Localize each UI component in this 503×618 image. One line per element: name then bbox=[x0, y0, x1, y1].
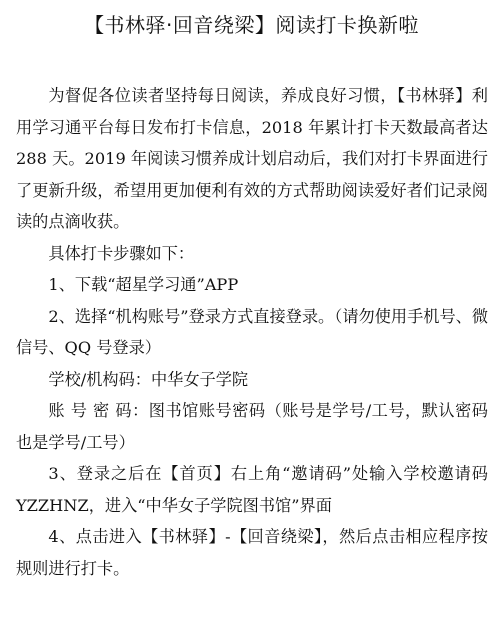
step-4: 4、点击进入【书林驿】-【回音绕梁】，然后点击相应程序按规则进行打卡。 bbox=[16, 521, 488, 584]
step-3: 3、登录之后在【首页】右上角“邀请码”处输入学校邀请码 YZZHNZ，进入“中华… bbox=[16, 458, 488, 521]
step-1: 1、下载“超星学习通”APP bbox=[16, 269, 488, 301]
document-title: 【书林驿·回音绕梁】阅读打卡换新啦 bbox=[0, 8, 503, 42]
intro-paragraph: 为督促各位读者坚持每日阅读，养成良好习惯，【书林驿】利用学习通平台每日发布打卡信… bbox=[16, 80, 488, 238]
document-body: 为督促各位读者坚持每日阅读，养成良好习惯，【书林驿】利用学习通平台每日发布打卡信… bbox=[16, 80, 488, 584]
account-password: 账 号 密 码：图书馆账号密码（账号是学号/工号，默认密码也是学号/工号） bbox=[16, 395, 488, 458]
step-2: 2、选择“机构账号”登录方式直接登录。（请勿使用手机号、微信号、QQ 号登录） bbox=[16, 301, 488, 364]
steps-heading: 具体打卡步骤如下： bbox=[16, 238, 488, 270]
institution-code: 学校/机构码：中华女子学院 bbox=[16, 364, 488, 396]
